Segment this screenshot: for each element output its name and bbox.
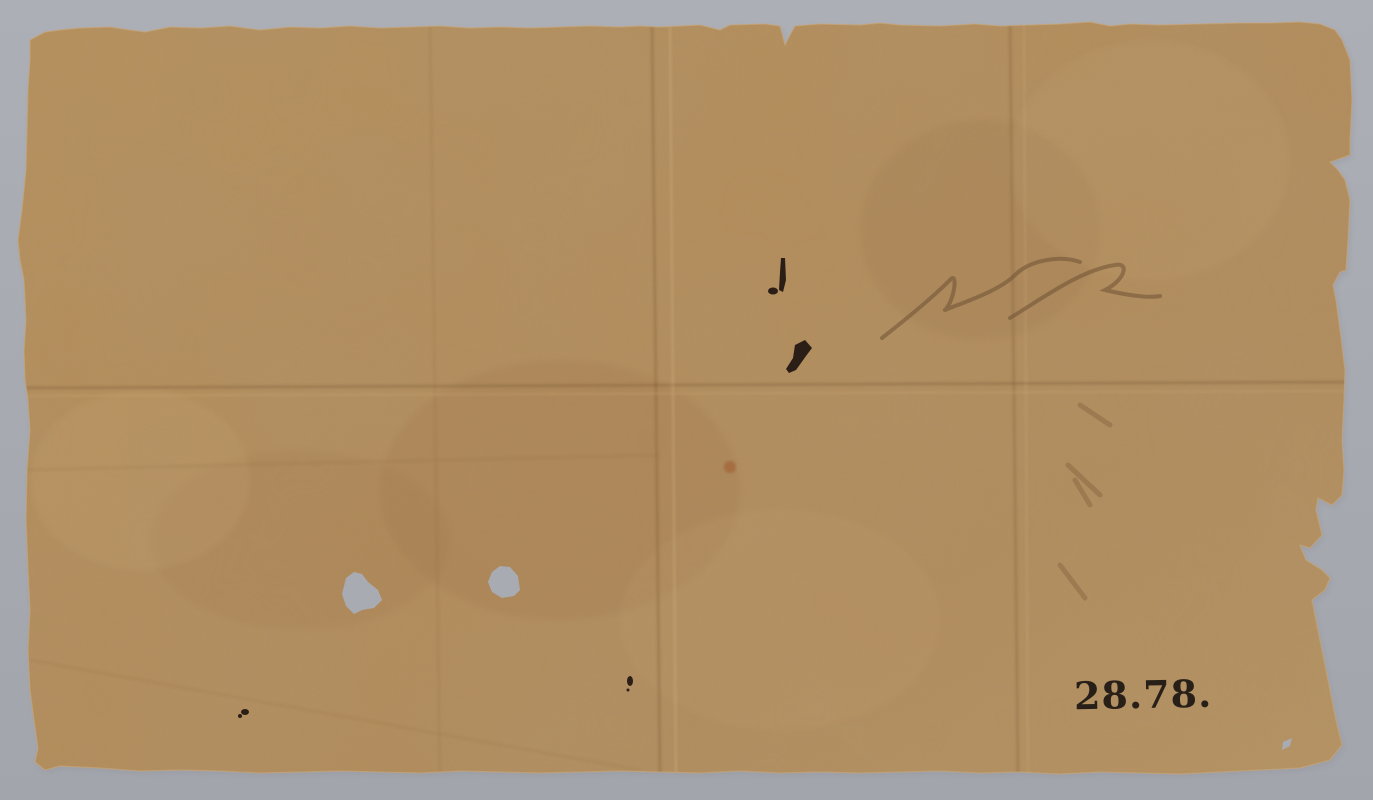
paper-document: 28.78. (0, 0, 1373, 800)
accession-number: 28.78. (1074, 671, 1213, 718)
